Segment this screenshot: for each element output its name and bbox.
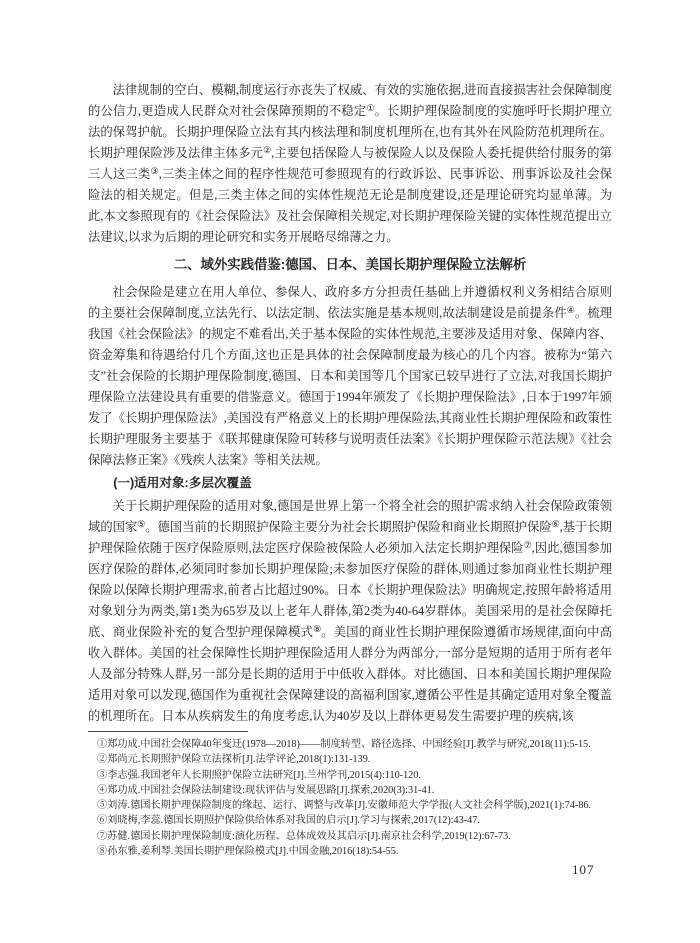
paragraph-section-overview: 社会保险是建立在用人单位、参保人、政府多方分担责任基础上并遵循权利义务相结合原则… bbox=[88, 282, 612, 471]
footnote-4: ④郑功成.中国社会保险法制建设:现状评估与发展思路[J].探索,2020(3):… bbox=[88, 783, 612, 798]
footnote-8: ⑧孙东雅,姜利琴.美国长期护理保险模式[J].中国金融,2016(18):54-… bbox=[88, 844, 612, 859]
footnote-divider bbox=[88, 731, 248, 732]
footnote-6: ⑥刘晓梅,李蕊.德国长期照护保险供给体系对我国的启示[J].学习与探索,2017… bbox=[88, 813, 612, 828]
sub-heading: (一)适用对象:多层次覆盖 bbox=[88, 473, 612, 494]
footnote-5: ⑤刘涛.德国长期护理保险制度的缘起、运行、调整与改革[J].安徽师范大学学报(人… bbox=[88, 798, 612, 813]
section-heading: 二、域外实践借鉴:德国、日本、美国长期护理保险立法解析 bbox=[88, 254, 612, 275]
paragraph-applicable-objects: 关于长期护理保险的适用对象,德国是世界上第一个将全社会的照护需求纳入社会保险政策… bbox=[88, 496, 612, 727]
page-body-text: 法律规制的空白、模糊,制度运行亦丧失了权威、有效的实施依据,进而直接损害社会保障… bbox=[88, 80, 612, 727]
footnote-7: ⑦苏健.德国长期护理保险制度:演化历程、总体成效及其启示[J].南京社会科学,2… bbox=[88, 829, 612, 844]
footnote-3: ③李志强.我国老年人长期照护保险立法研究[J].兰州学刊,2015(4):110… bbox=[88, 768, 612, 783]
footnote-1: ①郑功成.中国社会保障40年变迁(1978—2018)——制度转型、路径选择、中… bbox=[88, 737, 612, 752]
paragraph-intro: 法律规制的空白、模糊,制度运行亦丧失了权威、有效的实施依据,进而直接损害社会保障… bbox=[88, 80, 612, 248]
footnotes-block: ①郑功成.中国社会保障40年变迁(1978—2018)——制度转型、路径选择、中… bbox=[88, 731, 612, 859]
page-number: 107 bbox=[572, 862, 595, 878]
footnote-2: ②郑尚元.长期照护保险立法探析[J].法学评论,2018(1):131-139. bbox=[88, 752, 612, 767]
paper-page: 法律规制的空白、模糊,制度运行亦丧失了权威、有效的实施依据,进而直接损害社会保障… bbox=[0, 0, 700, 943]
